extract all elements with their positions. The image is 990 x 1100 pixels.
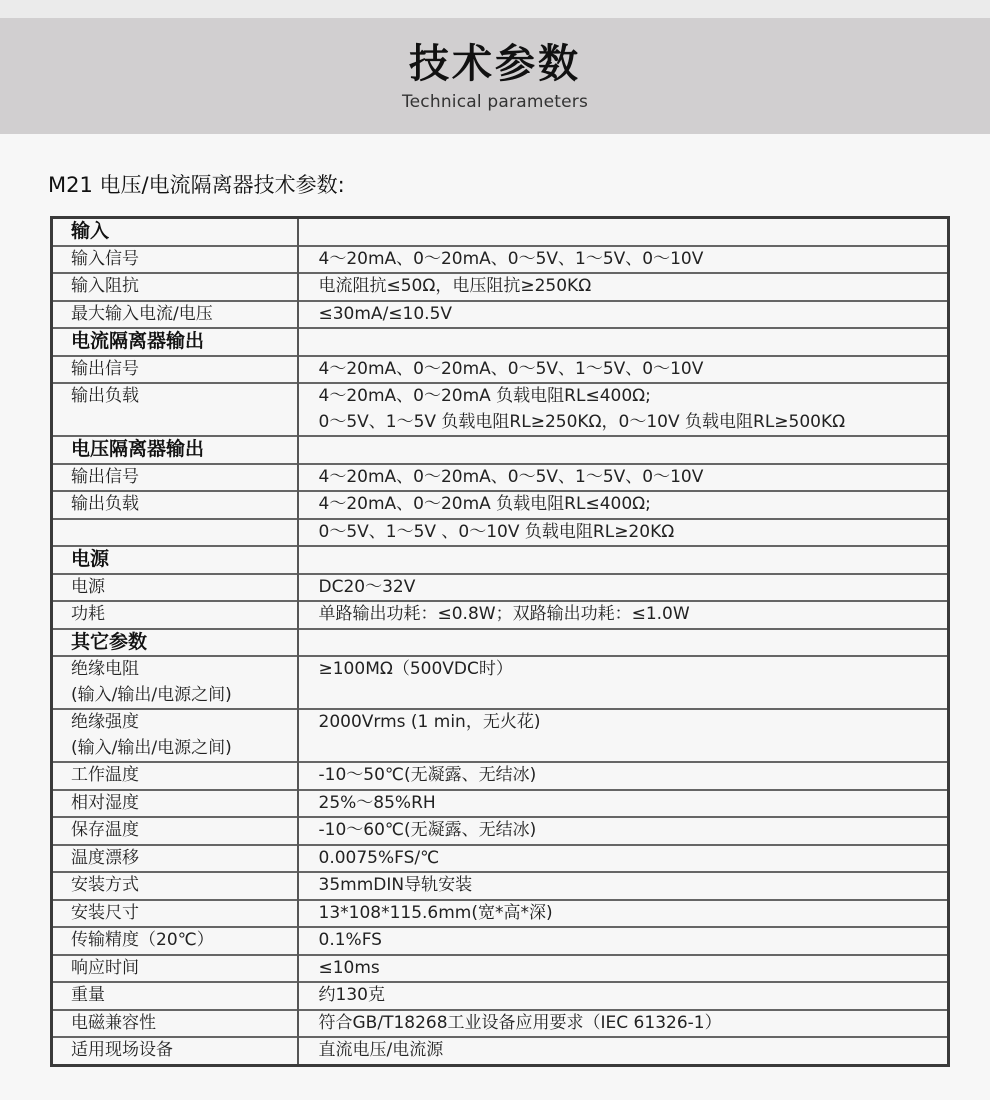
param-name-text: 输入 [71, 219, 297, 245]
param-value-text: 35mmDIN导轨安装 [319, 873, 948, 899]
param-value-text: 单路输出功耗：≤0.8W；双路输出功耗：≤1.0W [319, 602, 948, 628]
param-value-text: 符合GB/T18268工业设备应用要求（IEC 61326-1） [319, 1011, 948, 1037]
param-name-note: (输入/输出/电源之间) [71, 736, 297, 762]
param-value-text: DC20～32V [319, 575, 948, 601]
table-row: 相对湿度25%～85%RH [52, 790, 949, 818]
param-value-text: ≤10ms [319, 956, 948, 982]
param-value: 2000Vrms (1 min，无火花) [298, 709, 949, 762]
param-value-text-line2: 0～5V、1～5V 负载电阻RL≥250KΩ，0～10V 负载电阻RL≥500K… [319, 410, 948, 436]
param-name: 输入信号 [52, 246, 298, 274]
param-name-text: 绝缘电阻 [71, 657, 297, 683]
section-header-row: 电压隔离器输出 [52, 436, 949, 464]
param-value: ≤10ms [298, 955, 949, 983]
param-value [298, 328, 949, 356]
param-value-text: 0.1%FS [319, 928, 948, 954]
param-name-text: 输出信号 [71, 357, 297, 383]
param-value-text: ≥100MΩ（500VDC时） [319, 657, 948, 683]
table-row: 传输精度（20℃）0.1%FS [52, 927, 949, 955]
spec-table: 输入输入信号4～20mA、0～20mA、0～5V、1～5V、0～10V输入阻抗电… [50, 216, 950, 1067]
param-name-text: 电磁兼容性 [71, 1011, 297, 1037]
param-name-text: 最大输入电流/电压 [71, 302, 297, 328]
param-name-text: 绝缘强度 [71, 710, 297, 736]
param-value: 35mmDIN导轨安装 [298, 872, 949, 900]
param-name-text: 功耗 [71, 602, 297, 628]
param-name: 输出信号 [52, 464, 298, 492]
section-label: 输入 [52, 218, 298, 246]
param-value-text: 4～20mA、0～20mA、0～5V、1～5V、0～10V [319, 247, 948, 273]
param-name-text: 电源 [71, 575, 297, 601]
param-value [298, 546, 949, 574]
section-label: 电流隔离器输出 [52, 328, 298, 356]
param-name: 适用现场设备 [52, 1037, 298, 1065]
param-value: -10～50℃(无凝露、无结冰) [298, 762, 949, 790]
param-name: 安装尺寸 [52, 900, 298, 928]
param-value: 4～20mA、0～20mA、0～5V、1～5V、0～10V [298, 356, 949, 384]
page-title: 技术参数 [0, 40, 990, 88]
param-name-text: 保存温度 [71, 818, 297, 844]
param-value-text: 4～20mA、0～20mA、0～5V、1～5V、0～10V [319, 357, 948, 383]
param-name: 重量 [52, 982, 298, 1010]
param-name: 绝缘电阻(输入/输出/电源之间) [52, 656, 298, 709]
param-value: ≤30mA/≤10.5V [298, 301, 949, 329]
param-value-text: -10～60℃(无凝露、无结冰) [319, 818, 948, 844]
param-value-text: ≤30mA/≤10.5V [319, 302, 948, 328]
param-name-text: 温度漂移 [71, 846, 297, 872]
table-row: 安装方式35mmDIN导轨安装 [52, 872, 949, 900]
param-name-text: 适用现场设备 [71, 1038, 297, 1064]
section-label: 其它参数 [52, 629, 298, 657]
param-name: 输出信号 [52, 356, 298, 384]
table-row: 输出信号4～20mA、0～20mA、0～5V、1～5V、0～10V [52, 464, 949, 492]
table-row: 输出负载4～20mA、0～20mA 负载电阻RL≤400Ω;0～5V、1～5V … [52, 383, 949, 436]
table-row: 安装尺寸13*108*115.6mm(宽*高*深) [52, 900, 949, 928]
param-value-text: 0.0075%FS/℃ [319, 846, 948, 872]
param-value: 直流电压/电流源 [298, 1037, 949, 1065]
param-value: 4～20mA、0～20mA 负载电阻RL≤400Ω; [298, 491, 949, 519]
param-value: 4～20mA、0～20mA、0～5V、1～5V、0～10V [298, 246, 949, 274]
param-name-text: 重量 [71, 983, 297, 1009]
param-name: 传输精度（20℃） [52, 927, 298, 955]
param-value-text: 4～20mA、0～20mA、0～5V、1～5V、0～10V [319, 465, 948, 491]
param-value: 约130克 [298, 982, 949, 1010]
top-strip [0, 0, 990, 18]
table-row: 电磁兼容性符合GB/T18268工业设备应用要求（IEC 61326-1） [52, 1010, 949, 1038]
param-name: 电源 [52, 574, 298, 602]
param-value: 4～20mA、0～20mA、0～5V、1～5V、0～10V [298, 464, 949, 492]
table-row: 绝缘强度(输入/输出/电源之间)2000Vrms (1 min，无火花) [52, 709, 949, 762]
param-name: 输入阻抗 [52, 273, 298, 301]
param-value-text: 0～5V、1～5V 、0～10V 负载电阻RL≥20KΩ [319, 520, 948, 546]
param-name: 保存温度 [52, 817, 298, 845]
param-name [52, 519, 298, 547]
param-name-text: 输出信号 [71, 465, 297, 491]
param-value: DC20～32V [298, 574, 949, 602]
table-row: 输入阻抗电流阻抗≤50Ω，电压阻抗≥250KΩ [52, 273, 949, 301]
param-value-text: -10～50℃(无凝露、无结冰) [319, 763, 948, 789]
table-row: 输出负载4～20mA、0～20mA 负载电阻RL≤400Ω; [52, 491, 949, 519]
hero-banner: 技术参数 Technical parameters [0, 18, 990, 134]
param-name: 电磁兼容性 [52, 1010, 298, 1038]
param-value: 0～5V、1～5V 、0～10V 负载电阻RL≥20KΩ [298, 519, 949, 547]
section-header-row: 电源 [52, 546, 949, 574]
param-name-text: 输入阻抗 [71, 274, 297, 300]
param-name-text: 输入信号 [71, 247, 297, 273]
param-name-text: 相对湿度 [71, 791, 297, 817]
param-name: 输出负载 [52, 383, 298, 436]
param-value [298, 629, 949, 657]
param-value: 4～20mA、0～20mA 负载电阻RL≤400Ω;0～5V、1～5V 负载电阻… [298, 383, 949, 436]
table-row: 电源DC20～32V [52, 574, 949, 602]
param-value: ≥100MΩ（500VDC时） [298, 656, 949, 709]
param-value: 符合GB/T18268工业设备应用要求（IEC 61326-1） [298, 1010, 949, 1038]
param-name: 最大输入电流/电压 [52, 301, 298, 329]
section-header-row: 电流隔离器输出 [52, 328, 949, 356]
section-label: 电压隔离器输出 [52, 436, 298, 464]
param-name: 工作温度 [52, 762, 298, 790]
table-row: 保存温度-10～60℃(无凝露、无结冰) [52, 817, 949, 845]
section-title: M21 电压/电流隔离器技术参数: [48, 170, 345, 200]
param-name-text: 电源 [71, 547, 297, 573]
table-row: 适用现场设备直流电压/电流源 [52, 1037, 949, 1065]
param-value [298, 218, 949, 246]
param-value: 电流阻抗≤50Ω，电压阻抗≥250KΩ [298, 273, 949, 301]
param-name-text: 输出负载 [71, 384, 297, 410]
param-name-text: 电压隔离器输出 [71, 437, 297, 463]
param-name-text: 电流隔离器输出 [71, 329, 297, 355]
param-value: 单路输出功耗：≤0.8W；双路输出功耗：≤1.0W [298, 601, 949, 629]
param-name-text: 输出负载 [71, 492, 297, 518]
param-name-note: (输入/输出/电源之间) [71, 683, 297, 709]
param-name: 功耗 [52, 601, 298, 629]
param-value-text: 电流阻抗≤50Ω，电压阻抗≥250KΩ [319, 274, 948, 300]
param-name: 相对湿度 [52, 790, 298, 818]
param-value-text: 25%～85%RH [319, 791, 948, 817]
table-row: 最大输入电流/电压≤30mA/≤10.5V [52, 301, 949, 329]
param-name-text: 传输精度（20℃） [71, 928, 297, 954]
param-value-text: 2000Vrms (1 min，无火花) [319, 710, 948, 736]
param-name: 输出负载 [52, 491, 298, 519]
page-subtitle: Technical parameters [0, 91, 990, 113]
param-value-text: 4～20mA、0～20mA 负载电阻RL≤400Ω; [319, 492, 948, 518]
param-value: 13*108*115.6mm(宽*高*深) [298, 900, 949, 928]
table-row: 工作温度-10～50℃(无凝露、无结冰) [52, 762, 949, 790]
section-label: 电源 [52, 546, 298, 574]
table-row: 0～5V、1～5V 、0～10V 负载电阻RL≥20KΩ [52, 519, 949, 547]
param-value-text: 13*108*115.6mm(宽*高*深) [319, 901, 948, 927]
section-header-row: 输入 [52, 218, 949, 246]
table-row: 响应时间≤10ms [52, 955, 949, 983]
param-name: 绝缘强度(输入/输出/电源之间) [52, 709, 298, 762]
param-value: -10～60℃(无凝露、无结冰) [298, 817, 949, 845]
param-name-text: 安装尺寸 [71, 901, 297, 927]
param-value: 25%～85%RH [298, 790, 949, 818]
table-row: 输入信号4～20mA、0～20mA、0～5V、1～5V、0～10V [52, 246, 949, 274]
section-header-row: 其它参数 [52, 629, 949, 657]
table-row: 绝缘电阻(输入/输出/电源之间)≥100MΩ（500VDC时） [52, 656, 949, 709]
param-value: 0.0075%FS/℃ [298, 845, 949, 873]
param-name: 温度漂移 [52, 845, 298, 873]
param-value: 0.1%FS [298, 927, 949, 955]
param-name-text: 安装方式 [71, 873, 297, 899]
table-row: 重量约130克 [52, 982, 949, 1010]
table-row: 功耗单路输出功耗：≤0.8W；双路输出功耗：≤1.0W [52, 601, 949, 629]
param-value-text: 直流电压/电流源 [319, 1038, 948, 1064]
param-name-text: 响应时间 [71, 956, 297, 982]
param-name: 安装方式 [52, 872, 298, 900]
param-value [298, 436, 949, 464]
param-value-text: 4～20mA、0～20mA 负载电阻RL≤400Ω; [319, 384, 948, 410]
param-name-text: 其它参数 [71, 630, 297, 656]
param-name: 响应时间 [52, 955, 298, 983]
param-value-text: 约130克 [319, 983, 948, 1009]
table-row: 输出信号4～20mA、0～20mA、0～5V、1～5V、0～10V [52, 356, 949, 384]
table-row: 温度漂移0.0075%FS/℃ [52, 845, 949, 873]
param-name-text: 工作温度 [71, 763, 297, 789]
